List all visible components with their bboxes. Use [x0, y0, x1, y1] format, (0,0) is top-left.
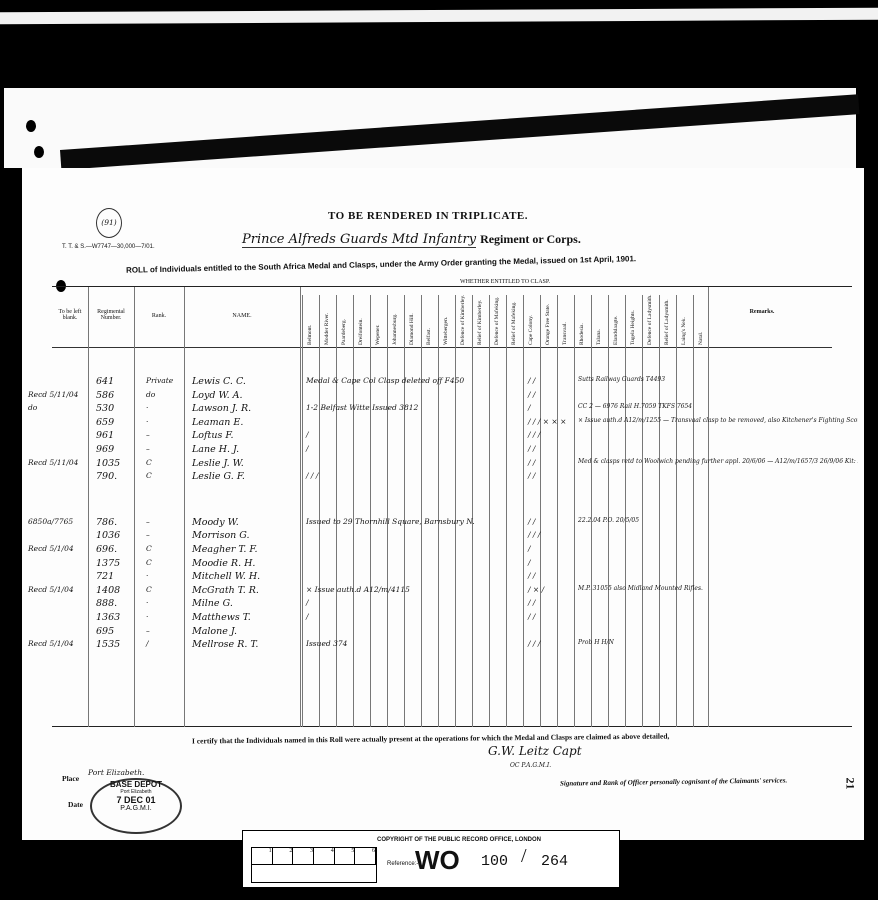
ruler-mark: 5	[335, 848, 356, 864]
clasp-marks: / /	[528, 390, 535, 399]
clasp-header: Rhodesia.	[579, 299, 585, 345]
regimental-number: 790.	[96, 471, 117, 482]
ruler-mark: 1	[252, 848, 273, 864]
soldier-name: Morrison G.	[192, 530, 250, 541]
clasp-marks: / /	[528, 444, 535, 453]
archive-reference-box: COPYRIGHT OF THE PUBLIC RECORD OFFICE, L…	[242, 830, 620, 888]
clasp-header: Defence of Ladysmith.	[647, 299, 653, 345]
rank: C	[146, 458, 152, 467]
rank: C	[146, 544, 152, 553]
clasp-notes: /	[306, 430, 309, 439]
header-name: NAME.	[186, 313, 298, 319]
clasp-header: Modder River.	[324, 299, 330, 345]
regimental-number: 888.	[96, 598, 117, 609]
header-divider	[52, 347, 832, 348]
regiment-suffix: Regiment or Corps.	[480, 232, 581, 246]
soldier-name: Leslie G. F.	[192, 471, 245, 482]
left-blank-note: Recd 5/1/04	[28, 639, 74, 648]
clasp-notes: × Issue auth.d A12/m/4115	[306, 585, 410, 594]
clasp-header: Natal.	[698, 299, 704, 345]
soldier-name: Leaman E.	[192, 417, 243, 428]
rank: C	[146, 585, 152, 594]
clasp-col-divider	[370, 295, 371, 727]
medal-roll-page: (91) T. T. & S.—W7747—30,000—7/01. TO BE…	[22, 168, 864, 840]
clasp-col-divider	[302, 295, 303, 727]
place-label: Place	[62, 774, 79, 783]
soldier-name: Malone J.	[192, 626, 237, 637]
clasp-marks: / /	[528, 471, 535, 480]
regimental-number: 641	[96, 376, 114, 387]
rank: ·	[146, 571, 148, 580]
col-divider	[184, 287, 185, 727]
col-divider	[134, 287, 135, 727]
clasp-header: Diamond Hill.	[409, 299, 415, 345]
clasp-header: Wittebergen.	[443, 299, 449, 345]
regimental-number: 969	[96, 444, 114, 455]
certification-text: I certify that the Individuals named in …	[192, 732, 669, 746]
soldier-name: Lawson J. R.	[192, 403, 251, 414]
clasp-marks: / / /	[528, 430, 540, 439]
clasp-header: Cape Colony.	[528, 299, 534, 345]
form-code: T. T. & S.—W7747—30,000—7/01.	[62, 244, 155, 250]
punch-hole	[34, 146, 44, 158]
remarks: M.P. 31055 also Midland Mounted Rifles.	[578, 585, 703, 592]
clasp-marks: / /	[528, 458, 535, 467]
clasp-marks: /	[528, 558, 531, 567]
rank: Private	[146, 376, 173, 385]
clasp-marks: / /	[528, 612, 535, 621]
clasp-marks: /	[528, 544, 531, 553]
folio-mark: (91)	[96, 208, 122, 238]
soldier-name: Loftus F.	[192, 430, 234, 441]
clasp-col-divider	[319, 295, 320, 727]
reference-piece: 100	[481, 853, 508, 870]
clasp-header: Defence of Mafeking.	[494, 299, 500, 345]
clasp-header: Paardeberg.	[341, 299, 347, 345]
regimental-number: 1535	[96, 639, 120, 650]
stamp-top: BASE DEPOT	[92, 780, 180, 789]
clasp-header: Belmont.	[307, 299, 313, 345]
clasp-col-divider	[387, 295, 388, 727]
rank: –	[146, 430, 150, 439]
regimental-number: 530	[96, 403, 114, 414]
soldier-name: Matthews T.	[192, 612, 251, 623]
clasp-marks: / / /	[528, 530, 540, 539]
soldier-name: Mellrose R. T.	[192, 639, 258, 650]
clasp-notes: 1-2 Belfast Witte Issued 3812	[306, 403, 418, 412]
rank: /	[146, 639, 149, 648]
regimental-number: 1363	[96, 612, 120, 623]
reference-label: Reference:-	[387, 861, 418, 867]
soldier-name: Milne G.	[192, 598, 233, 609]
remarks: Sutts Railway Guards T4493	[578, 376, 665, 383]
clasp-marks: / /	[528, 376, 535, 385]
rank: –	[146, 517, 150, 526]
clasp-col-divider	[642, 295, 643, 727]
clasp-col-divider	[523, 295, 524, 727]
header-left-blank: To be left blank.	[54, 309, 86, 321]
clasp-notes: /	[306, 612, 309, 621]
soldier-name: Loyd W. A.	[192, 390, 243, 401]
clasp-col-divider	[557, 295, 558, 727]
remarks: CC 2 — 6976 Rail H.7059 TKFS 7654	[578, 403, 692, 410]
roll-table: To be left blank. Regimental Number. Ran…	[52, 286, 852, 727]
clasp-col-divider	[489, 295, 490, 727]
soldier-name: Lane H. J.	[192, 444, 239, 455]
regiment-line: Prince Alfreds Guards Mtd Infantry Regim…	[242, 230, 581, 248]
table-bottom-rule	[52, 726, 852, 727]
soldier-name: Moodie R. H.	[192, 558, 255, 569]
officer-signature-sub: OC P.A.G.M.I.	[510, 762, 551, 769]
clasp-col-divider	[608, 295, 609, 727]
clasp-col-divider	[625, 295, 626, 727]
rank: C	[146, 558, 152, 567]
regimental-number: 1375	[96, 558, 120, 569]
rank: ·	[146, 403, 148, 412]
clasp-marks: / /	[528, 598, 535, 607]
regimental-number: 961	[96, 430, 114, 441]
ruler-mark: 6	[355, 848, 376, 864]
clasp-notes: / / /	[306, 471, 318, 480]
measurement-ruler: 123456	[251, 847, 377, 883]
officer-signature: G.W. Leitz Capt	[488, 744, 582, 758]
base-depot-stamp: BASE DEPOT Port Elizabeth 7 DEC 01 P.A.G…	[90, 778, 182, 834]
remarks: × Issue auth.d A12/m/1255 — Transvaal cl…	[578, 417, 858, 424]
ruler-mark: 2	[273, 848, 294, 864]
clasp-header: Talana.	[596, 299, 602, 345]
left-blank-note: Recd 5/11/04	[28, 390, 78, 399]
clasp-marks: / / /	[528, 639, 540, 648]
clasp-header: Transvaal.	[562, 299, 568, 345]
clasp-notes: Medal & Cape Col Clasp deleted off F450	[306, 376, 464, 385]
reference-slash: /	[521, 845, 527, 868]
clasp-header: Laing's Nek.	[681, 299, 687, 345]
clasp-header: Relief of Kimberley.	[477, 299, 483, 345]
clasp-col-divider	[506, 295, 507, 727]
rank: –	[146, 626, 150, 635]
col-divider	[88, 287, 89, 727]
clasp-col-divider	[659, 295, 660, 727]
remarks: 22.2.04 P.O. 20/5/05	[578, 517, 639, 524]
soldier-name: Lewis C. C.	[192, 376, 246, 387]
clasp-notes: /	[306, 598, 309, 607]
clasp-header: Elandslaagte.	[613, 299, 619, 345]
header-clasp-group: WHETHER ENTITLED TO CLASP.	[302, 279, 708, 285]
clasp-col-divider	[676, 295, 677, 727]
regimental-number: 659	[96, 417, 114, 428]
col-divider	[300, 287, 301, 727]
clasp-header: Belfast.	[426, 299, 432, 345]
document-title: TO BE RENDERED IN TRIPLICATE.	[328, 210, 528, 222]
soldier-name: McGrath T. R.	[192, 585, 259, 596]
clasp-marks: / /	[528, 571, 535, 580]
clasp-col-divider	[438, 295, 439, 727]
roll-heading: ROLL of Individuals entitled to the Sout…	[126, 254, 636, 275]
clasp-notes: Issued 374	[306, 639, 347, 648]
rank: do	[146, 390, 155, 399]
reference-series: WO	[415, 845, 460, 876]
clasp-col-divider	[336, 295, 337, 727]
rank: –	[146, 530, 150, 539]
clasp-col-divider	[574, 295, 575, 727]
header-rank: Rank.	[136, 313, 182, 319]
regimental-number: 721	[96, 571, 114, 582]
soldier-name: Leslie J. W.	[192, 458, 244, 469]
rank: ·	[146, 612, 148, 621]
date-label: Date	[68, 800, 83, 809]
top-paper-strip	[0, 8, 878, 25]
punch-hole	[26, 120, 36, 132]
regimental-number: 586	[96, 390, 114, 401]
clasp-col-divider	[591, 295, 592, 727]
regimental-number: 1036	[96, 530, 120, 541]
soldier-name: Moody W.	[192, 517, 239, 528]
rank: C	[146, 471, 152, 480]
clasp-col-divider	[540, 295, 541, 727]
page-number: 21	[843, 778, 858, 790]
signature-caption: Signature and Rank of Officer personally…	[560, 776, 787, 787]
soldier-name: Meagher T. F.	[192, 544, 258, 555]
remarks: Med & clasps retd to Woolwich pending fu…	[578, 458, 858, 465]
place-value: Port Elizabeth.	[88, 768, 144, 777]
clasp-header: Tugela Heights.	[630, 299, 636, 345]
clasp-col-divider	[455, 295, 456, 727]
clasp-header: Relief of Ladysmith.	[664, 299, 670, 345]
regimental-number: 786.	[96, 517, 117, 528]
ruler-mark: 4	[314, 848, 335, 864]
clasp-notes: Issued to 29 Thornhill Square, Barnsbury…	[306, 517, 475, 526]
header-remarks: Remarks.	[712, 309, 812, 315]
ruler-cm-row: 123456	[252, 848, 376, 865]
left-blank-note: 6850a/7765	[28, 517, 73, 526]
left-blank-note: Recd 5/1/04	[28, 544, 74, 553]
soldier-name: Mitchell W. H.	[192, 571, 260, 582]
clasp-marks: / / / × × ×	[528, 417, 566, 426]
clasp-marks: / × /	[528, 585, 544, 594]
clasp-header: Dreifontein.	[358, 299, 364, 345]
regimental-number: 1408	[96, 585, 120, 596]
clasp-notes: /	[306, 444, 309, 453]
stamp-date: 7 DEC 01	[92, 795, 180, 805]
rank: –	[146, 444, 150, 453]
clasp-header: Orange Free State.	[545, 299, 551, 345]
rank: ·	[146, 598, 148, 607]
regimental-number: 1035	[96, 458, 120, 469]
regiment-name: Prince Alfreds Guards Mtd Infantry	[242, 232, 476, 248]
clasp-header: Defence of Kimberley.	[460, 299, 466, 345]
clasp-marks: / /	[528, 517, 535, 526]
clasp-col-divider	[472, 295, 473, 727]
header-regimental-number: Regimental Number.	[90, 309, 132, 321]
regimental-number: 696.	[96, 544, 117, 555]
clasp-header: Wepener.	[375, 299, 381, 345]
col-divider	[708, 287, 709, 727]
left-blank-note: do	[28, 403, 37, 412]
clasp-col-divider	[693, 295, 694, 727]
ruler-mark: 3	[293, 848, 314, 864]
reference-item: 264	[541, 853, 568, 870]
remarks: Prob H H/N	[578, 639, 614, 646]
clasp-header: Johannesburg.	[392, 299, 398, 345]
left-blank-note: Recd 5/1/04	[28, 585, 74, 594]
stamp-bottom: P.A.G.M.I.	[92, 805, 180, 812]
clasp-header: Relief of Mafeking.	[511, 299, 517, 345]
left-blank-note: Recd 5/11/04	[28, 458, 78, 467]
copyright-notice: COPYRIGHT OF THE PUBLIC RECORD OFFICE, L…	[377, 837, 541, 843]
clasp-col-divider	[404, 295, 405, 727]
clasp-marks: /	[528, 403, 531, 412]
clasp-col-divider	[421, 295, 422, 727]
clasp-col-divider	[353, 295, 354, 727]
regimental-number: 695	[96, 626, 114, 637]
rank: ·	[146, 417, 148, 426]
